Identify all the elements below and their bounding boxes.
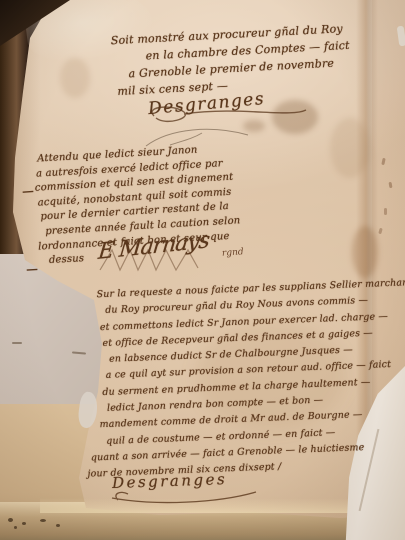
paper-tear-mark	[72, 351, 86, 354]
debris-speck	[56, 524, 60, 527]
debris-speck	[14, 526, 17, 529]
aging-blotch	[60, 58, 90, 98]
ink-showthrough	[378, 228, 382, 235]
margin-dash: —	[22, 184, 35, 199]
debris-speck	[40, 519, 46, 522]
debris-speck	[22, 522, 26, 525]
decree-text: Sur la requeste a nous faicte par les su…	[92, 275, 405, 483]
header-inscription: Soit monstré aux procureur gñal du Roy e…	[110, 20, 352, 100]
margin-dash: —	[26, 262, 39, 277]
signature-underline-flourish	[106, 488, 266, 508]
debris-speck	[8, 518, 13, 522]
signature-flourish	[140, 104, 310, 128]
ink-showthrough	[389, 182, 393, 188]
paper-tear-mark	[12, 342, 22, 344]
photo-of-manuscript: Soit monstré aux procureur gñal du Roy e…	[0, 0, 405, 540]
ink-showthrough	[381, 158, 385, 165]
ink-showthrough	[384, 208, 387, 215]
signature-flourish	[96, 246, 226, 276]
